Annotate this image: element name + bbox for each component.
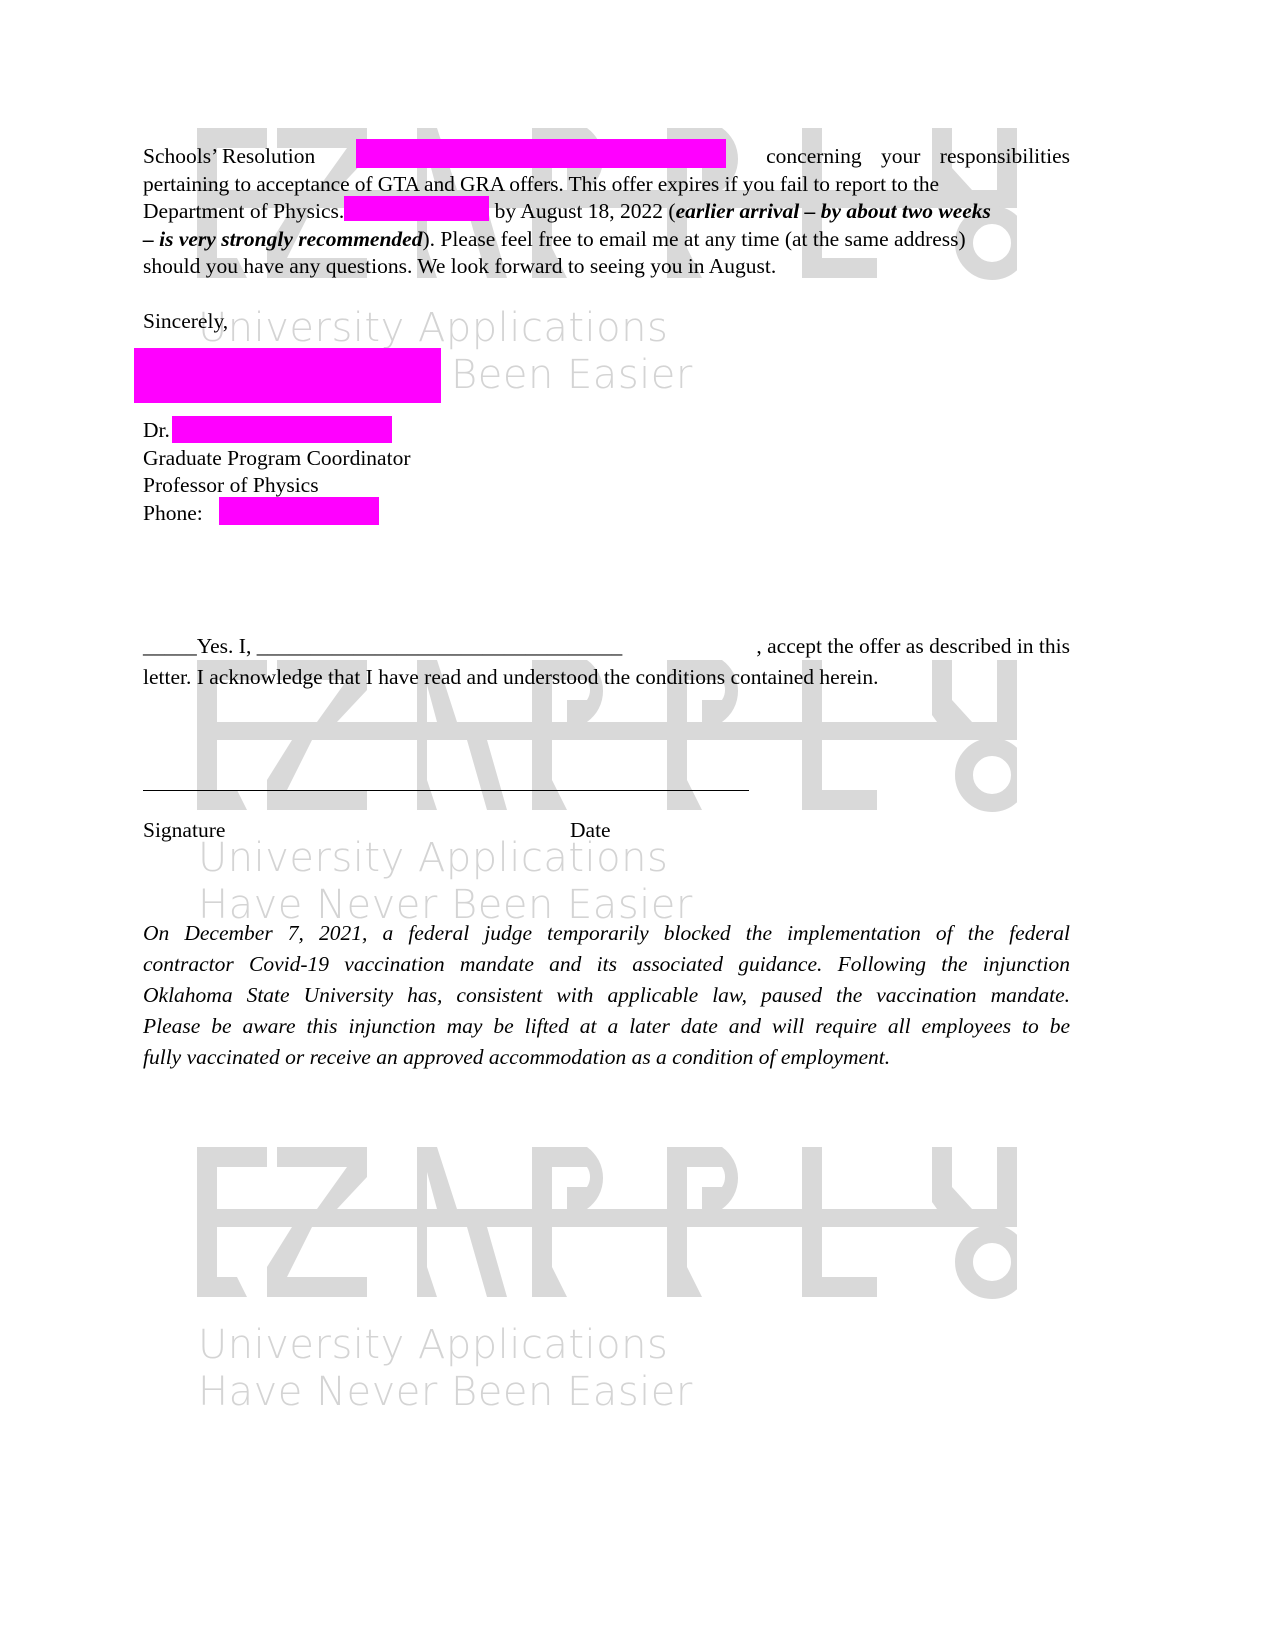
p1-line2: pertaining to acceptance of GTA and GRA … <box>143 171 1070 199</box>
redacted-resolution <box>356 139 726 168</box>
offer-paragraph: Schools’ Resolution concerning your resp… <box>143 143 1070 281</box>
acceptance-statement: _____Yes. I, ___________________________… <box>143 631 1070 693</box>
p1-line3: Department of Physics. by August 18, 202… <box>143 198 1070 226</box>
dr-prefix: Dr. <box>143 418 170 442</box>
redacted-signature <box>134 348 441 403</box>
closing: Sincerely, <box>143 308 228 336</box>
vaccination-notice: On December 7, 2021, a federal judge tem… <box>143 918 1070 1073</box>
date-label: Date <box>570 817 611 845</box>
p1-line4: – is very strongly recommended). Please … <box>143 226 1070 254</box>
watermark-tagline: University Applications Have Never Been … <box>198 835 693 929</box>
ez-apply-logo-watermark <box>197 1137 1017 1307</box>
phone-label: Phone: <box>143 501 203 525</box>
redacted-date-location <box>344 196 489 221</box>
responsibilities-text: concerning your responsibilities <box>766 143 1070 171</box>
redacted-name <box>172 416 392 443</box>
name-blank[interactable]: __________________________________ <box>257 634 623 658</box>
resolution-text: Schools’ Resolution <box>143 143 315 171</box>
document-page: University Applications Have Never Been … <box>0 0 1275 1650</box>
professor-title: Professor of Physics <box>143 472 410 500</box>
p1-line5: should you have any questions. We look f… <box>143 253 1070 281</box>
coordinator-title: Graduate Program Coordinator <box>143 445 410 473</box>
watermark-tagline: University Applications Have Never Been … <box>198 1322 693 1416</box>
signature-label: Signature <box>143 817 225 845</box>
signature-line[interactable] <box>143 790 749 791</box>
redacted-phone <box>219 497 379 525</box>
